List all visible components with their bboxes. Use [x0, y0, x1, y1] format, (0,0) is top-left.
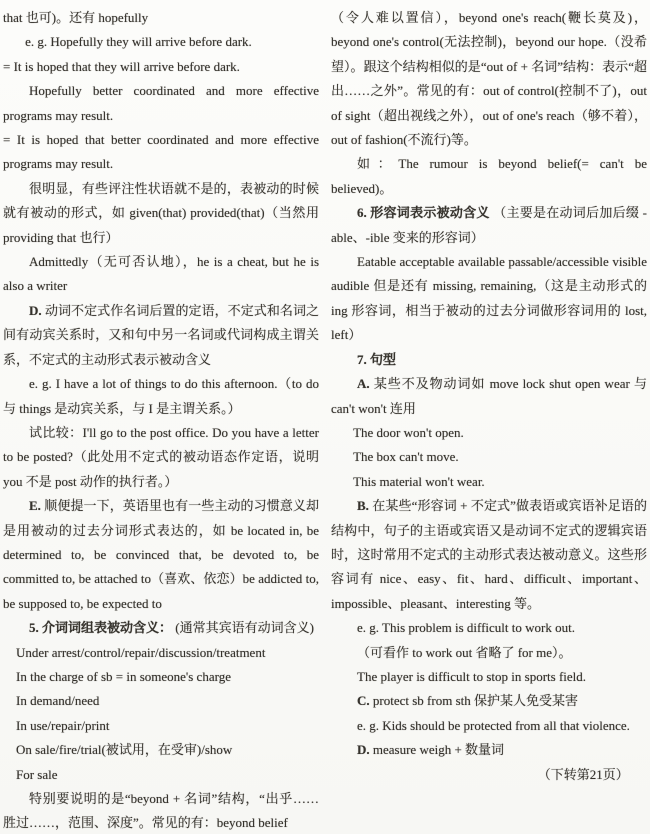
- paragraph: For sale: [3, 763, 319, 787]
- paragraph: D. 动词不定式作名词后置的定语，不定式和名词之间有动宾关系时，又和句中另一名词…: [3, 299, 319, 372]
- paragraph: E. 顺便提一下，英语里也有一些主动的习惯意义却是用被动的过去分词形式表达的，如…: [3, 494, 319, 616]
- paragraph: 很明显，有些评注性状语就不是的，表被动的时候就有被动的形式，如 given(th…: [3, 177, 319, 250]
- paragraph: e. g. This problem is difficult to work …: [331, 616, 647, 640]
- paragraph: （令人难以置信），beyond one's reach(鞭长莫及)，beyond…: [331, 6, 647, 152]
- paragraph: （下转第21页）: [331, 763, 647, 787]
- paragraph: e. g. Hopefully they will arrive before …: [3, 30, 319, 54]
- paragraph: 6. 形容词表示被动含义 （主要是在动词后加后缀 -able、-ible 变来的…: [331, 201, 647, 250]
- paragraph: = It is hoped that better coordinated an…: [3, 128, 319, 177]
- paragraph: 5. 介词词组表被动含义： (通常其宾语有动词含义): [3, 616, 319, 640]
- paragraph: C. protect sb from sth 保护某人免受某害: [331, 689, 647, 713]
- paragraph: A. 某些不及物动词如 move lock shut open wear 与 c…: [331, 372, 647, 421]
- paragraph: e. g. I have a lot of things to do this …: [3, 372, 319, 421]
- paragraph: e. g. Kids should be protected from all …: [331, 714, 647, 738]
- paragraph: On sale/fire/trial(被试用，在受审)/show: [3, 738, 319, 762]
- paragraph: D. measure weigh + 数量词: [331, 738, 647, 762]
- section-label: E.: [29, 498, 44, 513]
- paragraph: In demand/need: [3, 689, 319, 713]
- paragraph: Admittedly（无可否认地），he is a cheat, but he …: [3, 250, 319, 299]
- paragraph: This material won't wear.: [331, 470, 647, 494]
- section-label: D.: [29, 303, 45, 318]
- paragraph: that 也可)。还有 hopefully: [3, 6, 319, 30]
- paragraph: The door won't open.: [331, 421, 647, 445]
- section-label: 6. 形容词表示被动含义: [357, 205, 493, 220]
- section-label: A.: [357, 376, 374, 391]
- paragraph: 特别要说明的是“beyond + 名词”结构，“出乎……胜过……，范围、深度”。…: [3, 787, 319, 834]
- section-label: 5. 介词词组表被动含义：: [29, 620, 175, 635]
- section-label: D.: [357, 742, 373, 757]
- paragraph: 如：The rumour is beyond belief(= can't be…: [331, 152, 647, 201]
- paragraph: = It is hoped that they will arrive befo…: [3, 55, 319, 79]
- scanned-page: that 也可)。还有 hopefullye. g. Hopefully the…: [0, 0, 650, 834]
- right-column: （令人难以置信），beyond one's reach(鞭长莫及)，beyond…: [331, 6, 647, 834]
- paragraph: In the charge of sb = in someone's charg…: [3, 665, 319, 689]
- left-column: that 也可)。还有 hopefullye. g. Hopefully the…: [3, 6, 319, 834]
- paragraph: Eatable acceptable available passable/ac…: [331, 250, 647, 348]
- paragraph: The player is difficult to stop in sport…: [331, 665, 647, 689]
- paragraph: 试比较：I'll go to the post office. Do you h…: [3, 421, 319, 494]
- paragraph: Hopefully better coordinated and more ef…: [3, 79, 319, 128]
- section-label: C.: [357, 693, 373, 708]
- section-label: 7. 句型: [357, 352, 396, 367]
- paragraph: （可看作 to work out 省略了 for me）。: [331, 641, 647, 665]
- paragraph: In use/repair/print: [3, 714, 319, 738]
- section-label: B.: [357, 498, 372, 513]
- paragraph: The box can't move.: [331, 445, 647, 469]
- paragraph: Under arrest/control/repair/discussion/t…: [3, 641, 319, 665]
- paragraph: 7. 句型: [331, 348, 647, 372]
- paragraph: B. 在某些“形容词 + 不定式”做表语或宾语补足语的结构中，句子的主语或宾语又…: [331, 494, 647, 616]
